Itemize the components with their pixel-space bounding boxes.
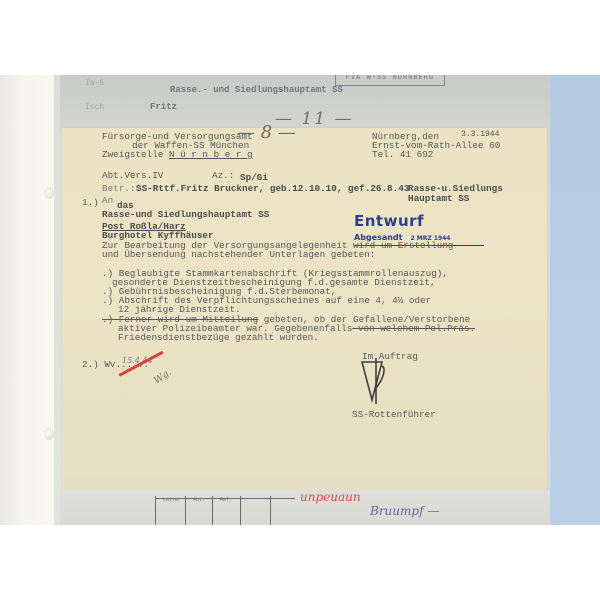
signature: [360, 358, 400, 408]
struck-paragraph-line3: Friedensdienstbezüge gezahlt wurden.: [118, 333, 319, 344]
subject: SS-Rttf.Fritz Bruckner, geb.12.10.10, ge…: [136, 184, 409, 195]
letter-draft: Fürsorge-und Versorgungsamt der Waffen-S…: [62, 128, 547, 508]
az-value: Sp/Gi: [240, 173, 268, 184]
initials: Wg.: [153, 368, 174, 387]
underlying-document: FVA W-SS NÜRNBERG Ia-5 Rasse.- und Siedl…: [60, 75, 550, 135]
telephone: Tel. 41 692: [372, 150, 433, 161]
intro-line2: und Übersendung nachstehender Unterlagen…: [102, 250, 375, 261]
handwritten-mark: — 8 —: [237, 128, 296, 139]
margin-note: Ia-5: [85, 79, 104, 88]
typed-date: 3.3.1944: [461, 130, 499, 141]
letterhead-line3: Zweigstelle N ü r n b e r g: [102, 150, 253, 161]
table-header: Ref.: [220, 497, 232, 503]
recipient-short-2: Hauptamt SS: [408, 194, 469, 205]
rank: SS-Rottenführer: [352, 410, 436, 421]
document-photo: FVA W-SS NÜRNBERG Ia-5 Rasse.- und Siedl…: [0, 75, 600, 525]
az-label: Az.:: [212, 171, 234, 182]
red-handwritten-note: unpeuaun: [300, 490, 361, 504]
punch-hole: [44, 187, 54, 199]
underlying-name: Fritz: [150, 102, 177, 112]
underlying-heading: Rasse.- und Siedlungshauptamt SS: [170, 85, 343, 95]
underlying-form: Leiter Abt. Ref. unpeuaun Bruumpf —: [60, 490, 550, 525]
margin-note: Isch: [85, 103, 104, 112]
department: Abt.Vers.IV: [102, 171, 163, 182]
recipient-line2: Rasse-und Siedlungshauptamt SS: [102, 210, 269, 221]
binder-left-page: [0, 75, 62, 525]
table-header: Leiter: [163, 497, 181, 503]
betr-label: Betr.:: [102, 184, 135, 195]
punch-hole: [44, 428, 54, 440]
approval-table: Leiter Abt. Ref.: [155, 498, 295, 525]
an-label: An: [102, 196, 113, 207]
registry-stamp: FVA W-SS NÜRNBERG: [335, 75, 445, 86]
background-surface: [550, 75, 600, 525]
entwurf-stamp: Entwurf: [354, 216, 424, 227]
item-number: 1.): [82, 198, 99, 209]
table-header: Abt.: [193, 497, 205, 503]
blue-handwritten-note: Bruumpf —: [370, 504, 439, 518]
